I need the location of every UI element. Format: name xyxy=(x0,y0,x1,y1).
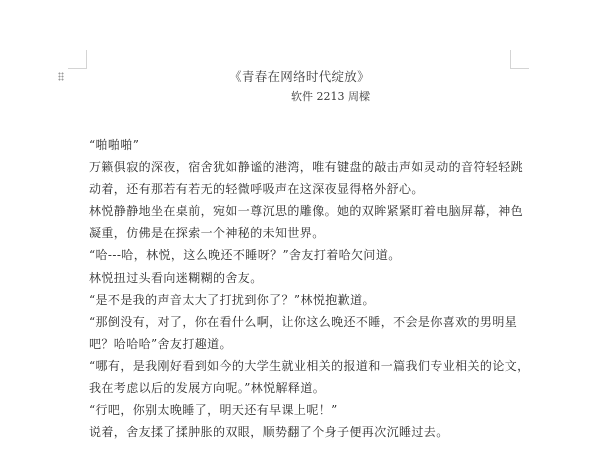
document-byline: 软件 2213 周樑 xyxy=(291,88,370,104)
paragraph-line: 林悦静静地坐在桌前，宛如一尊沉思的雕像。她的双眸紧紧盯着电脑屏幕，神色 xyxy=(89,200,514,222)
paragraph-line: 林悦扭过头看向迷糊糊的舍友。 xyxy=(89,267,514,289)
paragraph-line: 凝重，仿佛是在探索一个神秘的未知世界。 xyxy=(89,222,514,244)
document-body[interactable]: “啪啪啪” 万籁俱寂的深夜，宿舍犹如静谧的港湾，唯有键盘的敲击声如灵动的音符轻轻… xyxy=(89,134,514,443)
paragraph-line: “啪啪啪” xyxy=(89,134,514,156)
paragraph-line: “行吧，你别太晚睡了，明天还有早课上呢！” xyxy=(89,399,514,421)
paragraph-line: “是不是我的声音太大了打扰到你了？”林悦抱歉道。 xyxy=(89,289,514,311)
paragraph-line: 万籁俱寂的深夜，宿舍犹如静谧的港湾，唯有键盘的敲击声如灵动的音符轻轻跳 xyxy=(89,156,514,178)
document-page: 《青春在网络时代绽放》 软件 2213 周樑 “啪啪啪” 万籁俱寂的深夜，宿舍犹… xyxy=(0,0,599,473)
paragraph-line: “哪有，是我刚好看到如今的大学生就业相关的报道和一篇我们专业相关的论文， xyxy=(89,355,514,377)
paragraph-line: 我在考虑以后的发展方向呢。”林悦解释道。 xyxy=(89,377,514,399)
paragraph-line: 动着，还有那若有若无的轻微呼吸声在这深夜显得格外舒心。 xyxy=(89,178,514,200)
paragraph-line: “那倒没有，对了，你在看什么啊，让你这么晚还不睡，不会是你喜欢的男明星 xyxy=(89,311,514,333)
paragraph-line: “哈---哈，林悦，这么晚还不睡呀？”舍友打着哈欠问道。 xyxy=(89,244,514,266)
paragraph-line: 吧？哈哈哈”舍友打趣道。 xyxy=(89,333,514,355)
paragraph-line: 说着，舍友揉了揉肿胀的双眼，顺势翻了个身子便再次沉睡过去。 xyxy=(89,421,514,443)
document-title: 《青春在网络时代绽放》 xyxy=(0,67,599,85)
